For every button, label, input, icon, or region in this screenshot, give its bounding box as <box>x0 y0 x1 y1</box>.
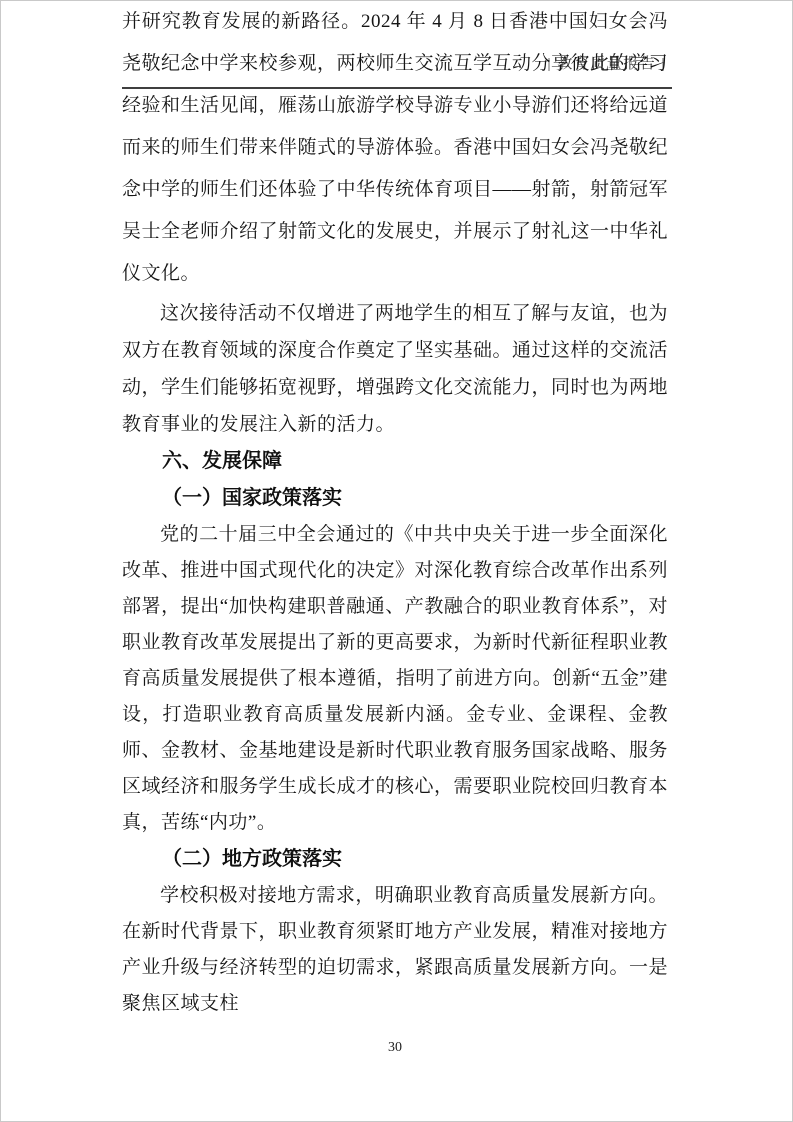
section-heading: 六、发展保障 <box>122 443 668 480</box>
subsection-heading: （二）地方政策落实 <box>122 841 668 878</box>
document-page: | 教育质量报告 | 并研究教育发展的新路径。2024 年 4 月 8 日香港中… <box>0 0 793 1122</box>
body-paragraph: 并研究教育发展的新路径。2024 年 4 月 8 日香港中国妇女会冯尧敬纪念中学… <box>122 1 668 295</box>
page-number: 30 <box>122 1040 668 1056</box>
body-paragraph: 学校积极对接地方需求，明确职业教育高质量发展新方向。在新时代背景下，职业教育须紧… <box>122 878 668 1022</box>
document-content: 并研究教育发展的新路径。2024 年 4 月 8 日香港中国妇女会冯尧敬纪念中学… <box>122 1 668 1022</box>
subsection-heading: （一）国家政策落实 <box>122 480 668 517</box>
body-paragraph: 这次接待活动不仅增进了两地学生的相互了解与友谊，也为双方在教育领域的深度合作奠定… <box>122 295 668 443</box>
body-paragraph: 党的二十届三中全会通过的《中共中央关于进一步全面深化改革、推进中国式现代化的决定… <box>122 517 668 841</box>
